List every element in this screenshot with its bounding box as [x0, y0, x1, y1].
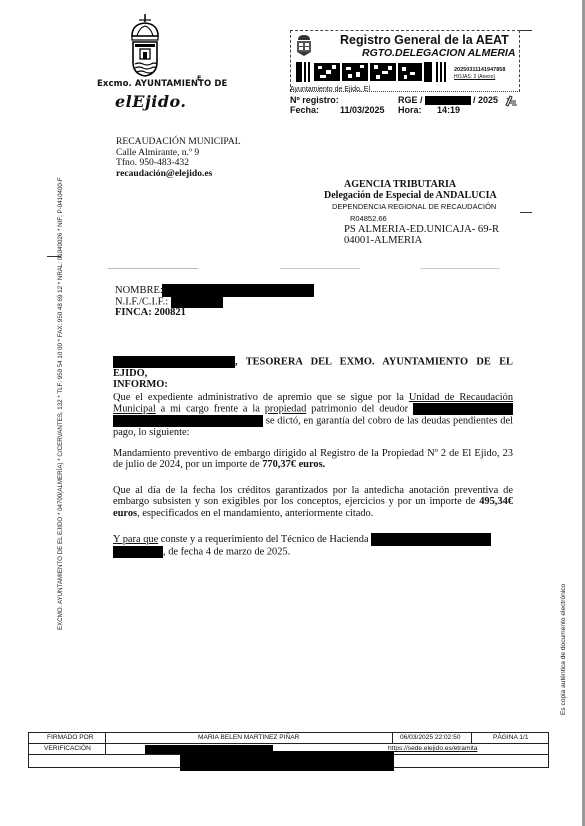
- recipient-agency-block: AGENCIA TRIBUTARIA Delegación de Especia…: [328, 179, 499, 246]
- paragraph-requerimiento: Y para que conste y a requerimiento del …: [113, 533, 513, 558]
- hora-value: 14:19: [437, 105, 460, 115]
- sender-block: RECAUDACIÓN MUNICIPAL Calle Almirante, n…: [116, 137, 241, 179]
- redacted-deudor-1: [413, 403, 513, 415]
- sender-email[interactable]: recaudación@elejido.es: [116, 169, 241, 180]
- p2-text-a: Que el expediente administrativo de apre…: [113, 392, 409, 403]
- stamp-hojas: HOJAS: 2 (Anexo): [454, 74, 495, 80]
- sender-department: RECAUDACIÓN MUNICIPAL: [116, 137, 241, 148]
- scan-artifact: [280, 268, 360, 269]
- redacted-registro-number: [425, 96, 471, 105]
- fecha-value: 11/03/2025: [340, 105, 385, 115]
- redacted-verification-detail: [180, 751, 394, 771]
- paragraph-mandamiento: Mandamiento preventivo de embargo dirigi…: [113, 448, 513, 471]
- ayuntamiento-label: Excmo. AYUNTAMIENTO DE: [97, 79, 227, 89]
- stamp-sender: Ayuntamiento de Ejido, El: [290, 86, 370, 93]
- finca-value: 200821: [154, 307, 186, 318]
- agency-city: 04001-ALMERIA: [328, 235, 499, 246]
- agency-name: AGENCIA TRIBUTARIA: [328, 179, 499, 190]
- registro-prefix: RGE /: [398, 95, 423, 105]
- p5-underlined: Y para que: [113, 534, 158, 545]
- p5-text-b: , de fecha 4 de marzo de 2025.: [163, 546, 290, 557]
- redacted-nif: [171, 296, 223, 308]
- nombre-row: NOMBRE:: [115, 284, 314, 296]
- fecha-label: Fecha:: [290, 105, 319, 115]
- p5-text-a: conste y a requerimiento del Técnico de …: [158, 534, 371, 545]
- nif-label: N.I.F./C.I.F.:: [115, 296, 168, 307]
- hora-label: Hora:: [398, 105, 422, 115]
- p3-amount: 770,37€ euros.: [262, 459, 325, 470]
- margin-mark: [520, 30, 532, 31]
- p2-text-b: a mi cargo frente a la: [156, 404, 265, 415]
- redacted-tecnico-2: [113, 546, 163, 558]
- blank-row: [28, 754, 549, 768]
- redacted-deudor-2: [113, 415, 263, 427]
- stamp-subtitle: RGTO.DELEGACION ALMERIA: [362, 47, 515, 59]
- barcode-icon: [296, 62, 448, 82]
- nombre-label: NOMBRE:: [115, 285, 163, 296]
- firmado-value: MARIA BELEN MARTINEZ PIÑAR: [198, 734, 299, 741]
- agency-address: PS ALMERIA-ED.UNICAJA- 69-R: [328, 224, 499, 235]
- verificacion-label: VERIFICACIÓN: [44, 745, 91, 752]
- redacted-tecnico-1: [371, 533, 491, 546]
- registro-label: Nº registro:: [290, 95, 339, 105]
- agency-dependency: DEPENDENCIA REGIONAL DE RECAUDACIÓN: [328, 201, 499, 212]
- registry-stamp: Registro General de la AEAT RGTO.DELEGAC…: [290, 30, 518, 116]
- stamp-title: Registro General de la AEAT: [340, 33, 509, 47]
- agency-delegation: Delegación de Especial de ANDALUCIA: [324, 190, 499, 201]
- paragraph-expediente: Que el expediente administrativo de apre…: [113, 392, 513, 439]
- nif-row: N.I.F./C.I.F.:: [115, 296, 314, 308]
- informo-label: INFORMO:: [113, 379, 168, 390]
- signature-date: 06/03/2025 22:02:50: [400, 734, 461, 741]
- agency-code: R04852.66: [328, 213, 499, 224]
- scan-artifact: [420, 268, 500, 269]
- page-number: PÁGINA 1/1: [493, 734, 529, 741]
- stamp-code: 20250311141947858: [454, 67, 505, 73]
- p4-text-a: Que al día de la fecha los créditos gara…: [113, 485, 513, 507]
- margin-mark: [520, 212, 532, 213]
- paragraph-tesorera: , TESORERA DEL EXMO. AYUNTAMIENTO DE EL …: [113, 356, 513, 391]
- p4-text-b: , especificados en el mandamiento, anter…: [137, 508, 373, 519]
- el-ejido-logo-text: elEjido.: [115, 92, 186, 111]
- spain-shield-icon: [296, 34, 312, 56]
- signature-table: FIRMADO POR MARIA BELEN MARTINEZ PIÑAR 0…: [28, 732, 549, 768]
- coat-of-arms-icon: [127, 14, 163, 78]
- verification-url[interactable]: https://sede.elejido.es/etramita: [388, 745, 477, 752]
- finca-row: FINCA: 200821: [115, 307, 314, 319]
- scan-artifact: [108, 268, 198, 269]
- p2-text-c: patrimonio del deudor: [306, 404, 413, 415]
- ayuntamiento-superscript: E: [197, 74, 201, 82]
- digital-signature-icon: [504, 93, 518, 107]
- side-authenticity-note: Es copia auténtica de documento electrón…: [560, 584, 567, 715]
- registro-suffix: / 2025: [473, 95, 498, 105]
- p2-underlined-propiedad: propiedad: [265, 404, 307, 415]
- firmado-label: FIRMADO POR: [47, 734, 94, 741]
- subject-block: NOMBRE: N.I.F./C.I.F.: FINCA: 200821: [115, 284, 314, 319]
- finca-label: FINCA:: [115, 307, 152, 318]
- paragraph-creditos: Que al día de la fecha los créditos gara…: [113, 485, 513, 519]
- redacted-tesorera-name: [113, 356, 235, 368]
- side-legal-footer: EXCMO. AYUNTAMIENTO DE EL EJIDO * 04700(…: [57, 177, 64, 630]
- firmado-row: FIRMADO POR MARIA BELEN MARTINEZ PIÑAR 0…: [28, 732, 549, 743]
